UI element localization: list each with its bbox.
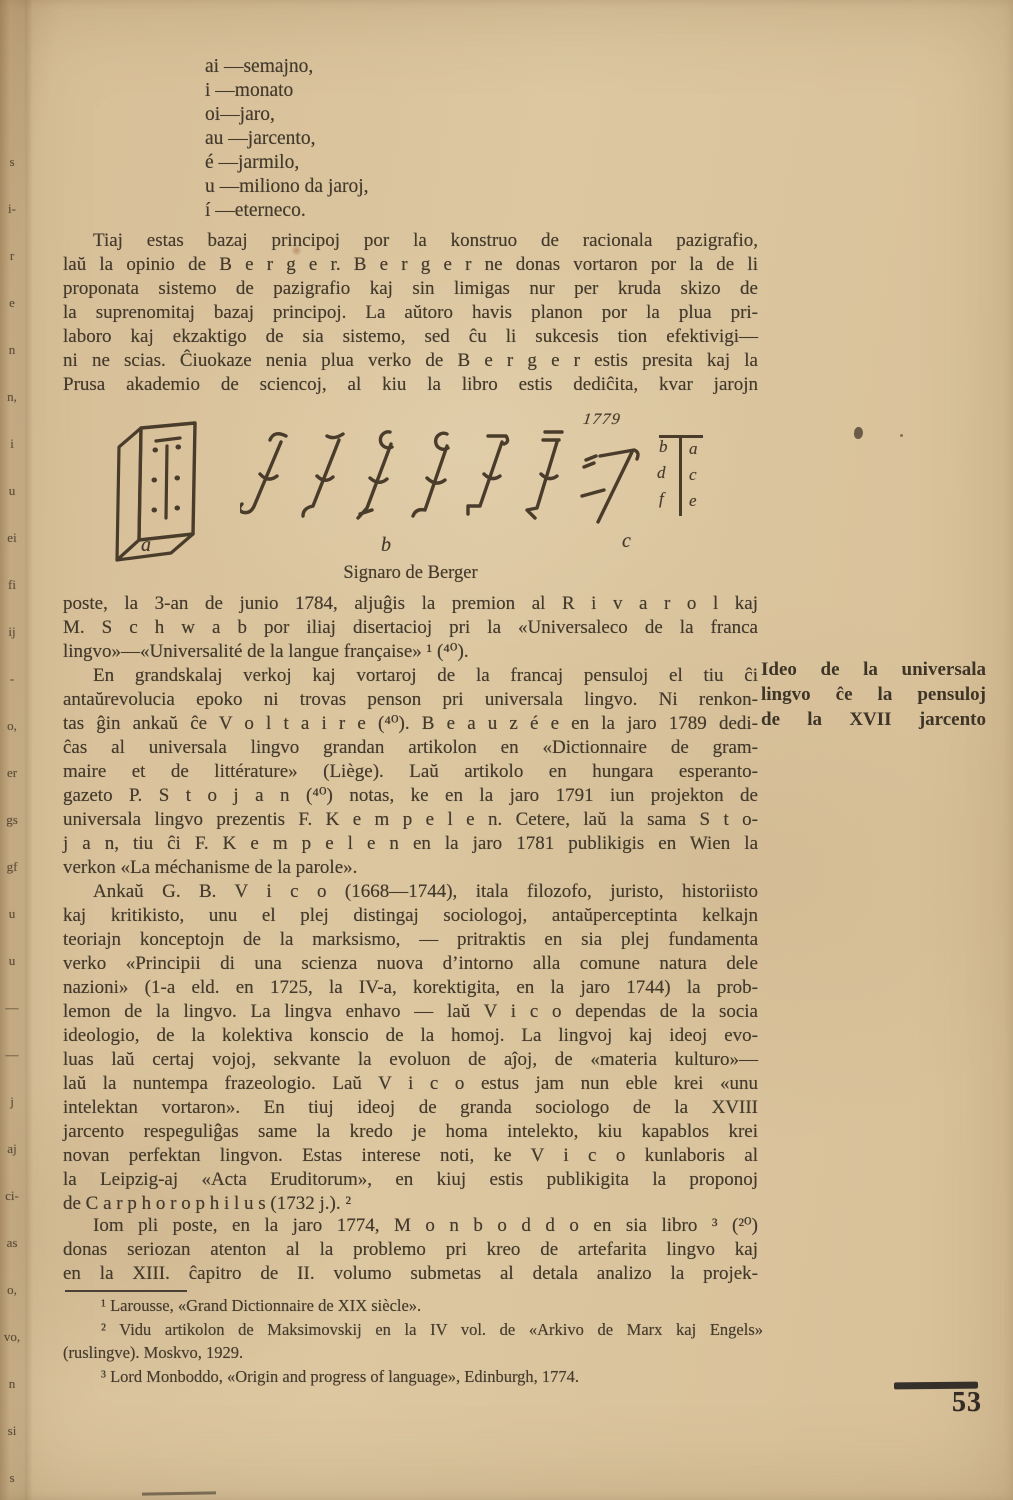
text-line: la Leipzig-aj «Acta Eruditorum», en kiuj… (63, 1168, 758, 1192)
text-line: donas seriozan atenton al la problemo pr… (63, 1238, 758, 1262)
text-line: n (2, 1360, 22, 1407)
text-line: í —eterneco. (205, 199, 625, 223)
text-line: ci- (2, 1172, 22, 1219)
text-line: i —monato (205, 79, 625, 103)
text-line: ĉas al universala lingvo grandan artikol… (63, 736, 758, 760)
text-line: Tiaj estas bazaj principoj por la konstr… (63, 229, 758, 253)
text-line: er (2, 749, 22, 796)
footnote-1: ¹ Larousse, «Grand Dictionnaire de XIX s… (63, 1294, 763, 1318)
text-line: u (2, 890, 22, 937)
figure-caption: Signaro de Berger (63, 563, 758, 584)
text-line: n (2, 326, 22, 373)
paragraph-berger-principles: Tiaj estas bazaj principoj por la konstr… (63, 229, 758, 397)
margin-note-universal-language: Ideo de la universalalingvo ĉe la pensul… (761, 657, 986, 732)
text-line: en la XIII. ĉapitro de II. volumo submet… (63, 1262, 758, 1286)
footnote-separator-rule (65, 1290, 187, 1292)
text-line: lingvo ĉe la pensuloj (761, 682, 986, 707)
figure-label-c: c (622, 530, 631, 553)
text-line: lingvo»—«Universalité de la langue franç… (63, 640, 758, 664)
berger-letter-table: b d f a c e (651, 433, 711, 521)
footnote-3: ³ Lord Monboddo, «Origin and progress of… (63, 1365, 763, 1389)
text-line: de C a r p h o r o p h i l u s (1732 j.)… (63, 1192, 758, 1216)
paragraph-french-thinkers: En grandskalaj verkoj kaj vortaroj de la… (63, 664, 758, 880)
text-line: j (2, 1078, 22, 1125)
text-line: tas ĝin ankaŭ ĉe V o l t a i r e (⁴⁰). B… (63, 712, 758, 736)
text-line: M. S c h w a b por iliaj disertacioj pri… (63, 616, 758, 640)
text-line: fi (2, 561, 22, 608)
opposite-page-bleed-fragments: si-renn,iueifiij-o,ergsgfuu——jajci-aso,v… (2, 138, 22, 1500)
text-line: maire et de littérature» (Liège). Laŭ ar… (63, 760, 758, 784)
letter-b: b (659, 437, 668, 457)
text-line: jarcento respeguliĝas same la kredo je h… (63, 1120, 758, 1144)
page-number: 53 (920, 1387, 982, 1419)
text-line: nazioni» (1-a eld. en 1725, la IV-a, kor… (63, 976, 758, 1000)
text-line: Ankaŭ G. B. V i c o (1668—1744), itala f… (63, 880, 758, 904)
footnotes: ¹ Larousse, «Grand Dictionnaire de XIX s… (63, 1294, 763, 1388)
text-line: poste, la 3-an de junio 1784, aljuĝis la… (63, 592, 758, 616)
text-line: u (2, 467, 22, 514)
text-line: luas laŭ certaj vojoj, sekvante la evolu… (63, 1048, 758, 1072)
text-line: En grandskalaj verkoj kaj vortaroj de la… (63, 664, 758, 688)
text-line: ideologio, de la kolektiva konscio de la… (63, 1024, 758, 1048)
figure-label-a: a (141, 534, 151, 557)
footnote-2-line-1: ² Vidu artikolon de Maksimovskij en la I… (63, 1318, 763, 1342)
text-line: verkon «La méchanisme de la parole». (63, 856, 758, 880)
text-line: intelektan vortaron». En tiuj ideoj de g… (63, 1096, 758, 1120)
text-line: si (2, 1407, 22, 1454)
letter-table-divider (679, 436, 682, 516)
text-line: ei (2, 514, 22, 561)
text-line: n, (2, 373, 22, 420)
text-line: lemon de la lingvo. La lingva enhavo — l… (63, 1000, 758, 1024)
text-line: teoriajn konceptojn de la marksismo, — p… (63, 928, 758, 952)
text-line: la suprenomitaj bazaj principoj. La aŭto… (63, 301, 758, 325)
ink-speck-small (900, 434, 903, 437)
text-line: e (2, 279, 22, 326)
text-line: Ideo de la universala (761, 657, 986, 682)
letter-f: f (659, 489, 664, 509)
text-line: gazeto P. S t o j a n (⁴⁰) notas, ke en … (63, 784, 758, 808)
text-line: gs (2, 796, 22, 843)
text-line: oi—jaro, (205, 103, 625, 127)
suffix-definition-list: ai —semajno,i —monatooi—jaro,au —jarcent… (205, 55, 625, 223)
text-line: s (2, 138, 22, 185)
ink-speck (853, 426, 864, 440)
paragraph-rivarol-prize: poste, la 3-an de junio 1784, aljuĝis la… (63, 592, 758, 664)
text-line: laŭ la opinio de B e r g e r. B e r g e … (63, 253, 758, 277)
text-line: i- (2, 185, 22, 232)
text-line: u —miliono da jaroj, (205, 175, 625, 199)
berger-cursive-signs-icon (240, 422, 570, 530)
text-line: as (2, 1219, 22, 1266)
text-line: vo, (2, 1313, 22, 1360)
paper-stain (291, 245, 302, 256)
bottom-edge-mark (142, 1491, 216, 1495)
paragraph-monboddo: Iom pli poste, en la jaro 1774, M o n b … (63, 1214, 758, 1286)
letter-d: d (657, 463, 666, 483)
paragraph-vico: Ankaŭ G. B. V i c o (1668—1744), itala f… (63, 880, 758, 1216)
text-line: gf (2, 843, 22, 890)
text-line: kaj kritikisto, unu el plej distingaj so… (63, 904, 758, 928)
letter-c: c (689, 465, 697, 485)
text-line: i (2, 420, 22, 467)
text-line: universala lingvo prezentis F. K e m p e… (63, 808, 758, 832)
text-line: j a n, tiu ĉi F. K e m p e l e n en la j… (63, 832, 758, 856)
book-page: si-renn,iueifiij-o,ergsgfuu——jajci-aso,v… (0, 0, 1013, 1500)
text-line: Iom pli poste, en la jaro 1774, M o n b … (63, 1214, 758, 1238)
text-line: laŭ la nuntempa frazeologio. Laŭ V i c o… (63, 1072, 758, 1096)
text-line: verko «Principii di una scienza nuova d’… (63, 952, 758, 976)
text-line: — (2, 984, 22, 1031)
text-line: ai —semajno, (205, 55, 625, 79)
text-line: Prusa akademio de sciencoj, al kiu la li… (63, 373, 758, 397)
figure-label-b: b (381, 534, 391, 557)
text-line: ni ne scias. Ĉiuokaze nenia plua verko d… (63, 349, 758, 373)
text-line: o, (2, 702, 22, 749)
text-line: o, (2, 1266, 22, 1313)
text-line: s (2, 1454, 22, 1500)
text-line: proponata sistemo de pazigrafio kaj sin … (63, 277, 758, 301)
letter-a: a (689, 439, 698, 459)
text-line: aj (2, 1125, 22, 1172)
footnote-2-line-2: (ruslingve). Moskvo, 1929. (63, 1341, 763, 1365)
text-line: é —jarmilo, (205, 151, 625, 175)
text-line: novan perfektan lingvon. Estas interese … (63, 1144, 758, 1168)
figure-year: 1779 (582, 411, 623, 429)
text-line: r (2, 232, 22, 279)
berger-box-sign-icon (108, 414, 200, 564)
text-line: au —jarcento, (205, 127, 625, 151)
text-line: u (2, 937, 22, 984)
text-line: laboro kaj ekzaktigo de sia sistemo, sed… (63, 325, 758, 349)
berger-dated-sign-icon (578, 430, 650, 530)
text-line: de la XVII jarcento (761, 707, 986, 732)
text-line: - (2, 655, 22, 702)
letter-e: e (689, 491, 697, 511)
text-line: antaŭrevolucia epoko ni trovas penson pr… (63, 688, 758, 712)
text-line: ij (2, 608, 22, 655)
text-line: — (2, 1031, 22, 1078)
